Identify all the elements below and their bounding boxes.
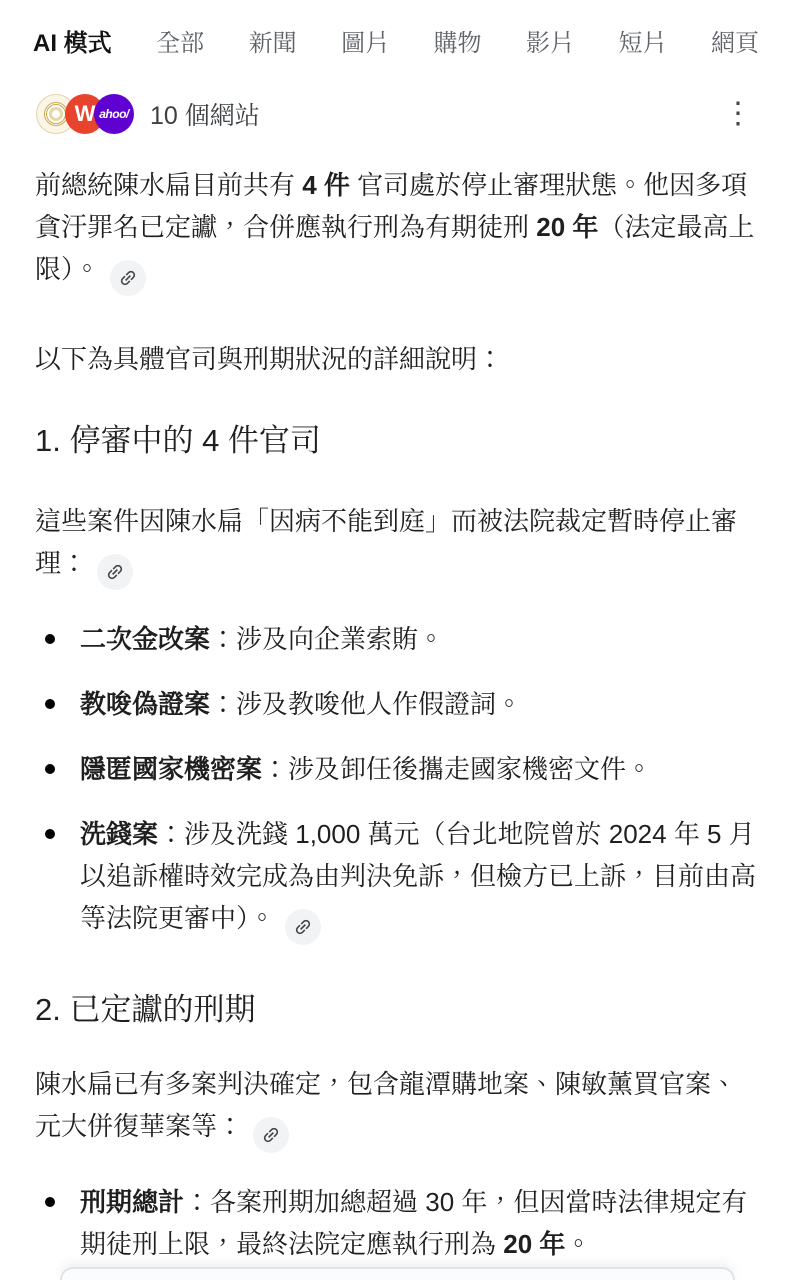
source-count-label[interactable]: 10 個網站 (150, 96, 260, 132)
tab-all[interactable]: 全部 (156, 28, 204, 60)
stay-cases-list: 二次金改案：涉及向企業索賄。 教唆偽證案：涉及教唆他人作假證詞。 隱匿國家機密案… (35, 618, 759, 945)
case-term: 刑期總計 (80, 1187, 184, 1217)
tab-web[interactable]: 網頁 (711, 28, 759, 60)
list-item: 刑期總計：各案刑期加總超過 30 年，但因當時法律規定有期徒刑上限，最終法院定應… (35, 1181, 759, 1265)
list-item: 洗錢案：涉及洗錢 1,000 萬元（台北地院曾於 2024 年 5 月以追訴權時… (35, 813, 759, 945)
tab-images[interactable]: 圖片 (341, 28, 389, 60)
case-term: 二次金改案 (80, 624, 210, 654)
citation-link-icon[interactable] (110, 260, 146, 296)
citation-link-icon[interactable] (285, 909, 321, 945)
bullet-icon (35, 683, 80, 725)
more-options-button[interactable]: ⋮ (717, 99, 759, 129)
section-heading-1: 1. 停審中的 4 件官司 (35, 422, 759, 460)
sentence-highlight: 20 年 (503, 1229, 565, 1259)
search-tabs: AI 模式 全部 新聞 圖片 購物 影片 短片 網頁 (0, 0, 797, 60)
case-term: 教唆偽證案 (80, 689, 210, 719)
case-term: 洗錢案 (80, 819, 158, 849)
tab-shorts[interactable]: 短片 (618, 28, 666, 60)
verdict-intro-paragraph: 陳水扁已有多案判決確定，包含龍潭購地案、陳敏薰買官案、元大併復華案等： (35, 1063, 759, 1153)
followup-input-card[interactable] (60, 1267, 735, 1280)
list-item: 隱匿國家機密案：涉及卸任後攜走國家機密文件。 (35, 748, 759, 790)
tab-shopping[interactable]: 購物 (434, 28, 482, 60)
yahoo-favicon: ahoo/ (94, 94, 134, 134)
w-letter: W (75, 101, 96, 127)
count-highlight: 4 件 (302, 170, 350, 200)
sentence-list: 刑期總計：各案刑期加總超過 30 年，但因當時法律規定有期徒刑上限，最終法院定應… (35, 1181, 759, 1265)
bullet-icon (35, 748, 80, 790)
list-item: 二次金改案：涉及向企業索賄。 (35, 618, 759, 660)
bullet-icon (35, 1181, 80, 1265)
list-item: 教唆偽證案：涉及教唆他人作假證詞。 (35, 683, 759, 725)
citation-link-icon[interactable] (253, 1117, 289, 1153)
section-heading-2: 2. 已定讞的刑期 (35, 991, 759, 1029)
stay-intro-paragraph: 這些案件因陳水扁「因病不能到庭」而被法院裁定暫時停止審理： (35, 500, 759, 590)
sources-row: W ahoo/ 10 個網站 ⋮ (36, 94, 759, 134)
citation-link-icon[interactable] (97, 554, 133, 590)
intro-paragraph: 前總統陳水扁目前共有 4 件 官司處於停止審理狀態。他因多項貪汙罪名已定讞，合併… (35, 164, 759, 296)
bullet-icon (35, 618, 80, 660)
lead-in-paragraph: 以下為具體官司與刑期狀況的詳細說明： (35, 338, 759, 380)
bullet-icon (35, 813, 80, 945)
tab-news[interactable]: 新聞 (249, 28, 297, 60)
intro-text: 前總統陳水扁目前共有 (35, 170, 302, 200)
tab-videos[interactable]: 影片 (526, 28, 574, 60)
sentence-highlight: 20 年 (536, 212, 598, 242)
ai-answer-content: 前總統陳水扁目前共有 4 件 官司處於停止審理狀態。他因多項貪汙罪名已定讞，合併… (0, 164, 797, 1265)
yahoo-wordmark: ahoo/ (99, 107, 129, 121)
tab-ai-mode[interactable]: AI 模式 (33, 28, 112, 60)
source-favicons[interactable]: W ahoo/ (36, 94, 134, 134)
case-term: 隱匿國家機密案 (80, 754, 262, 784)
